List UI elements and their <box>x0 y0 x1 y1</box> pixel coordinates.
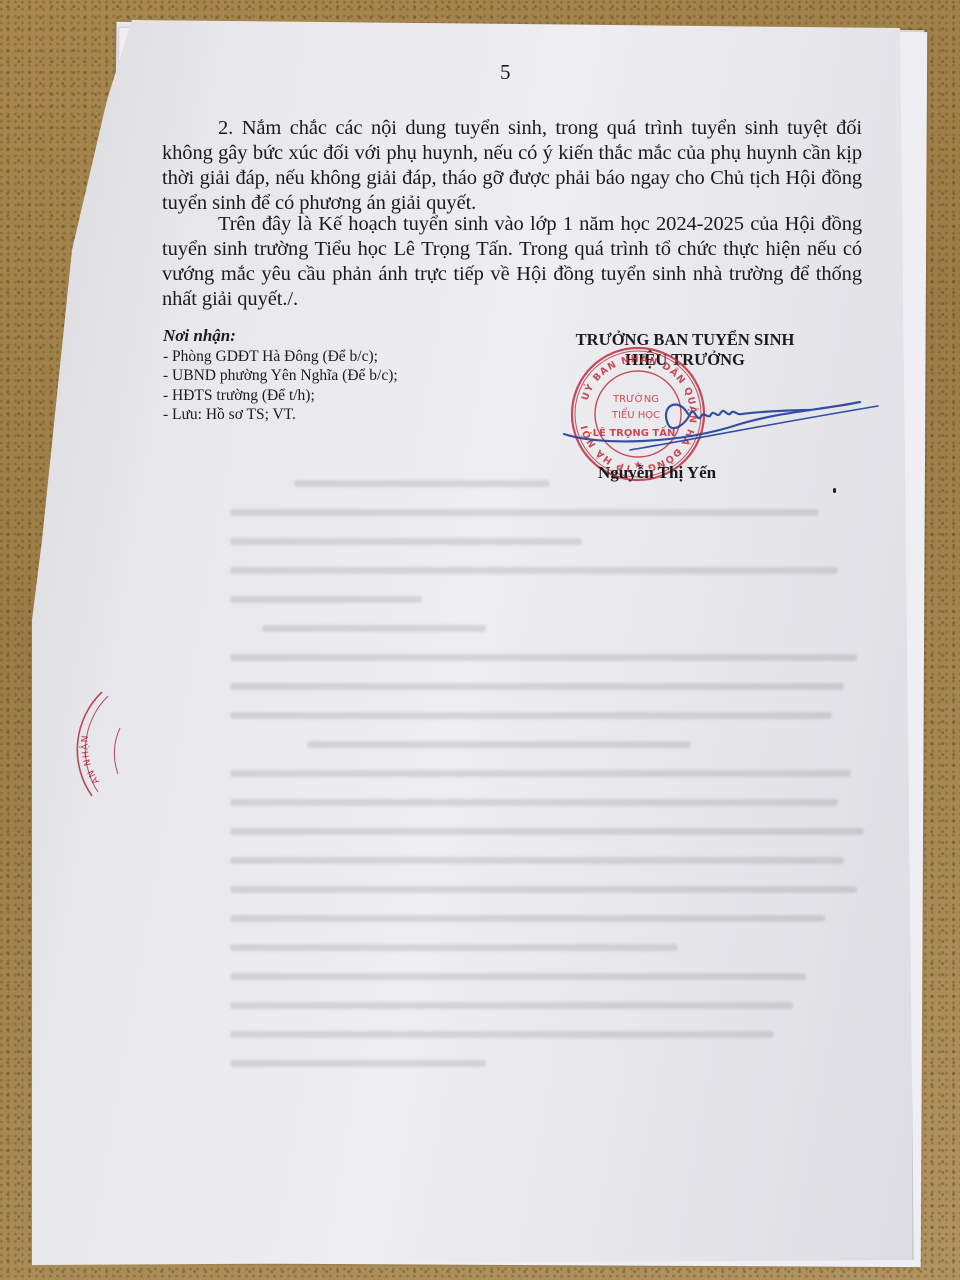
recipient-item: - Lưu: Hồ sơ TS; VT. <box>163 405 398 425</box>
signer-name: Nguyễn Thị Yến <box>598 463 716 483</box>
recipient-item: - UBND phường Yên Nghĩa (Để b/c); <box>163 366 398 386</box>
paragraph-responsibilities: 2. Nắm chắc các nội dung tuyển sinh, tro… <box>162 116 862 216</box>
paragraph-text: Trên đây là Kế hoạch tuyển sinh vào lớp … <box>162 212 862 312</box>
partial-received-stamp: AN NHẬN <box>62 688 132 798</box>
recipients-list: Nơi nhận: - Phòng GDĐT Hà Đông (Để b/c);… <box>163 326 398 425</box>
handwritten-signature <box>560 388 880 458</box>
recipient-item: - Phòng GDĐT Hà Đông (Để b/c); <box>163 347 398 367</box>
document-content: 5 2. Nắm chắc các nội dung tuyển sinh, t… <box>0 0 960 1280</box>
paragraph-text: 2. Nắm chắc các nội dung tuyển sinh, tro… <box>162 116 862 216</box>
recipients-title: Nơi nhận: <box>163 326 398 346</box>
ink-mark <box>833 488 836 493</box>
page-number: 5 <box>500 60 511 85</box>
paragraph-conclusion: Trên đây là Kế hoạch tuyển sinh vào lớp … <box>162 212 862 312</box>
recipient-item: - HĐTS trường (Để t/h); <box>163 386 398 406</box>
bleed-through-text <box>230 480 870 1140</box>
